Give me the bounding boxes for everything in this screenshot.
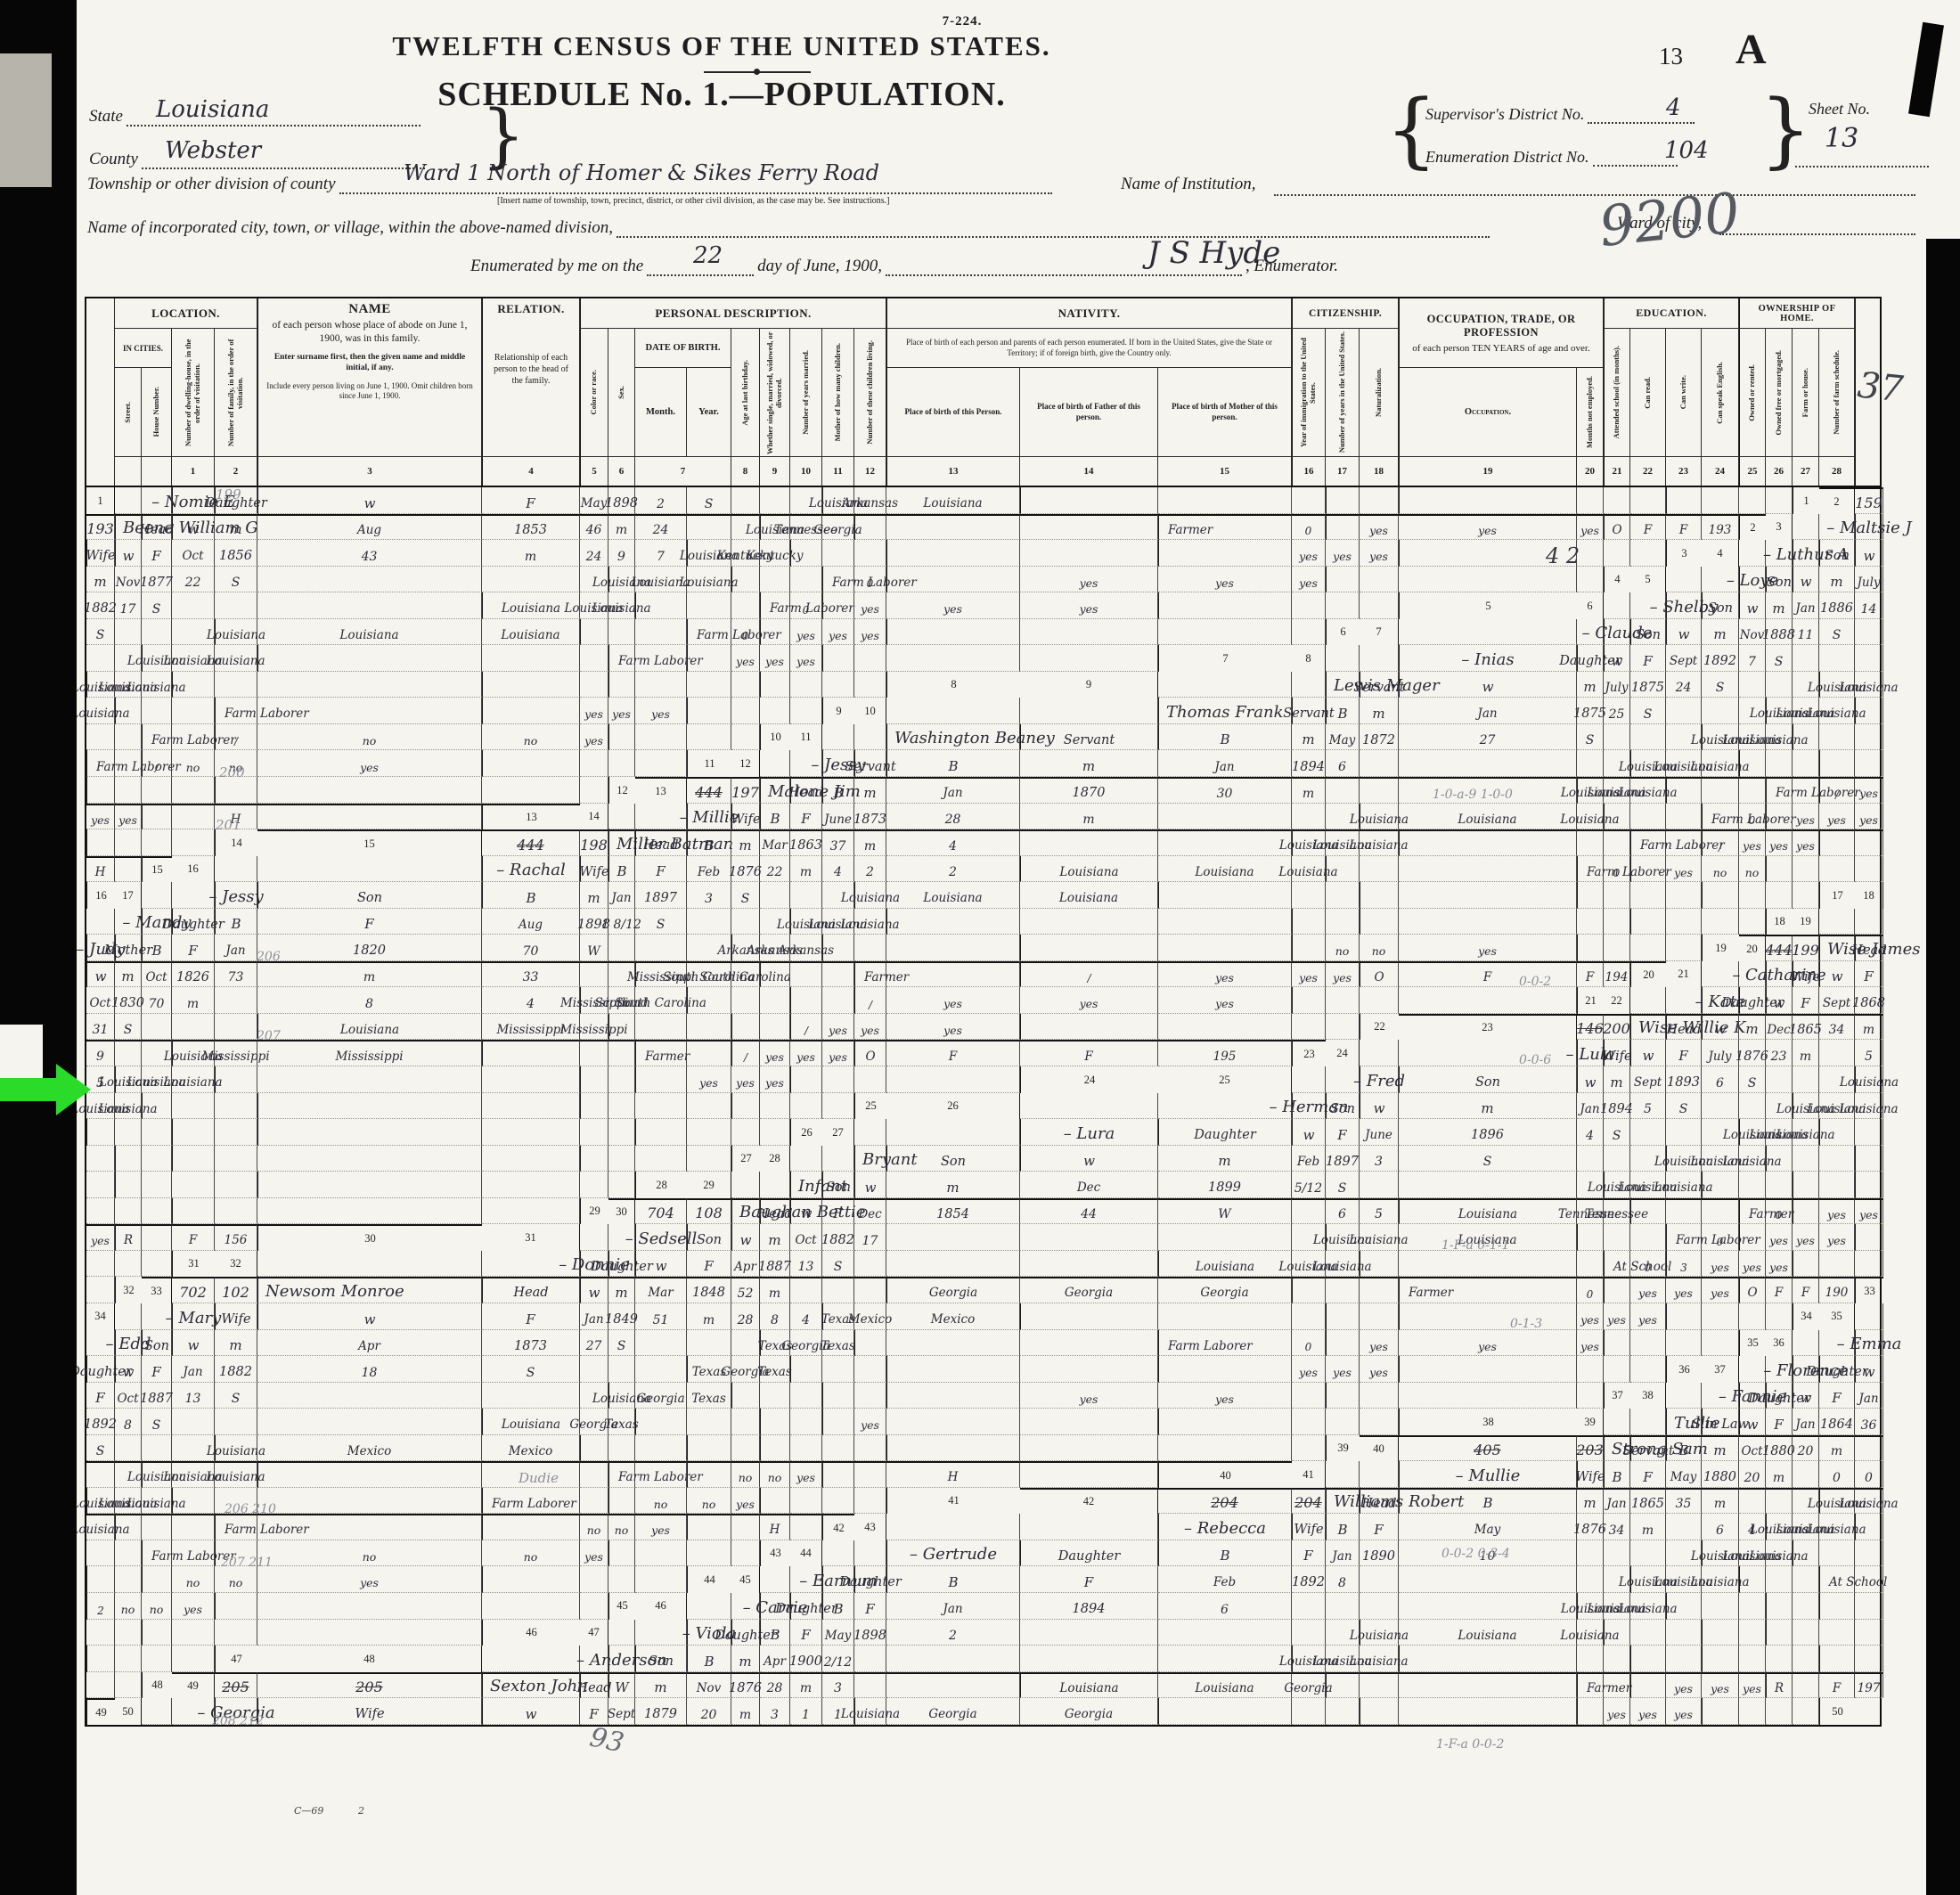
cell-imm_year bbox=[115, 698, 142, 724]
cell-birth_father: Louisiana bbox=[1855, 672, 1883, 698]
cell-free_mortgaged bbox=[1158, 1014, 1292, 1041]
cell-can_read: yes bbox=[1020, 1383, 1158, 1409]
row-pointer-arrow bbox=[0, 1064, 91, 1115]
row-number-left: 8 bbox=[1292, 645, 1326, 672]
cell-imm_year bbox=[215, 1066, 257, 1093]
cell-imm_year bbox=[172, 1488, 215, 1515]
cell-sex: m bbox=[115, 961, 142, 988]
cell-marital: S bbox=[608, 1330, 635, 1357]
cell-can_read bbox=[608, 1093, 635, 1120]
cell-year: 1879 bbox=[635, 1698, 687, 1725]
cell-free_mortgaged bbox=[635, 724, 687, 751]
cell-years_married bbox=[635, 1330, 687, 1357]
cell-month: Jan bbox=[1604, 1488, 1630, 1515]
cell-naturalization bbox=[1739, 1593, 1766, 1620]
cell-free_mortgaged bbox=[687, 1119, 731, 1146]
cell-farm_house bbox=[1360, 987, 1399, 1014]
cell-years_us bbox=[1158, 1303, 1292, 1330]
cell-farm_house: F bbox=[1577, 961, 1604, 988]
cell-name: – Edd bbox=[115, 1330, 142, 1357]
cell-birth_mother: Louisiana bbox=[215, 1461, 257, 1488]
cell-years_us bbox=[257, 1066, 482, 1093]
cell-name: Wise Willie K bbox=[1630, 1014, 1666, 1041]
cell-mother_of bbox=[822, 1277, 854, 1303]
cell-months_not_employed bbox=[608, 1066, 635, 1093]
cell-color: w bbox=[1020, 1146, 1158, 1172]
month-col-label: Month. bbox=[635, 368, 687, 457]
row-number-right: 3 bbox=[1666, 540, 1702, 567]
cell-can_write: no bbox=[215, 1566, 257, 1593]
cell-birth_father: Georgia bbox=[1020, 1277, 1158, 1303]
cell-years_us bbox=[1604, 1224, 1630, 1251]
cell-occupation: Farmer bbox=[1577, 1672, 1604, 1699]
cell-imm_year bbox=[1158, 882, 1292, 909]
cell-attended_school: 2 bbox=[86, 1593, 115, 1620]
cell-naturalization bbox=[1292, 487, 1326, 514]
row-number-right: 28 bbox=[635, 1172, 687, 1198]
cell-color: B bbox=[1158, 724, 1292, 751]
cell-birth_person: Louisiana bbox=[1360, 1620, 1399, 1646]
pencil-annotation: 1-F-a 0-1-1 bbox=[1441, 1238, 1509, 1253]
cell-month: July bbox=[1702, 1040, 1739, 1066]
cell-months_not_employed bbox=[257, 698, 482, 724]
cell-age: 6 bbox=[1702, 1066, 1739, 1093]
cell-farm_schedule bbox=[822, 1093, 854, 1120]
cell-dwelling bbox=[257, 1251, 482, 1278]
cell-age: 13 bbox=[790, 1251, 822, 1278]
cell-marital: S bbox=[215, 1383, 257, 1409]
row-number-right: 39 bbox=[1326, 1435, 1360, 1462]
cell-can_read: no bbox=[115, 1593, 142, 1620]
cell-year: 1876 bbox=[1739, 1040, 1766, 1066]
years-in-us-col-label: Number of years in the United States. bbox=[1338, 331, 1347, 453]
cell-sex: F bbox=[1292, 1540, 1326, 1567]
cell-relation: Daughter bbox=[86, 1356, 115, 1383]
cell-birth_person: Louisiana bbox=[1020, 1672, 1158, 1699]
cell-age: 24 bbox=[1666, 672, 1702, 698]
cell-name: Williams Robert bbox=[1326, 1488, 1360, 1515]
cell-owned_rented bbox=[1158, 592, 1292, 619]
cell-age: 43 bbox=[257, 540, 482, 567]
cell-family: 108 bbox=[687, 1198, 731, 1225]
cell-color: w bbox=[172, 1330, 215, 1357]
cell-months_not_employed bbox=[1360, 487, 1399, 514]
cell-occupation: Farm Laborer bbox=[822, 567, 854, 593]
cell-birth_mother: Louisiana bbox=[1666, 1172, 1702, 1198]
enumerated-line: Enumerated by me on the 22 day of June, … bbox=[470, 257, 1338, 276]
cell-attended_school bbox=[760, 1435, 790, 1462]
row-number-right: 42 bbox=[822, 1514, 854, 1540]
institution-dots bbox=[1274, 178, 1915, 196]
form-number: 7-224. bbox=[873, 14, 1051, 29]
cell-relation: Son bbox=[257, 882, 482, 909]
cell-months_not_employed bbox=[1020, 540, 1158, 567]
cell-age: 73 bbox=[215, 961, 257, 988]
cell-years_married: 28 bbox=[731, 1303, 760, 1330]
cell-year: 1854 bbox=[886, 1198, 1020, 1225]
cell-birth_mother: Louisiana bbox=[482, 619, 580, 646]
cell-can_write bbox=[115, 1198, 142, 1225]
cell-years_us bbox=[1793, 1146, 1819, 1172]
cell-birth_father: Mexico bbox=[257, 1435, 482, 1462]
cell-years_married bbox=[172, 1409, 215, 1435]
cell-can_speak_english bbox=[1020, 1409, 1158, 1435]
cell-sex: F bbox=[1819, 1383, 1855, 1409]
cell-birth_mother: Louisiana bbox=[687, 567, 731, 593]
cell-owned_rented bbox=[86, 1646, 115, 1672]
row-number-right: 15 bbox=[142, 856, 172, 883]
row-number-left: 12 bbox=[731, 750, 760, 777]
cell-dwelling bbox=[215, 856, 257, 883]
cell-relation: Son bbox=[1399, 1066, 1577, 1093]
cell-months_not_employed: 0 bbox=[1292, 514, 1326, 541]
cell-dwelling: 205 bbox=[215, 1672, 257, 1699]
cell-owned_rented bbox=[172, 1198, 215, 1225]
row-number-left: 6 bbox=[1577, 592, 1604, 619]
free-mortgaged-col-label: Owned free or mortgaged. bbox=[1775, 350, 1784, 436]
cell-relation: Wife bbox=[580, 856, 608, 883]
cell-marital: m bbox=[1855, 1014, 1883, 1041]
cell-years_us bbox=[86, 1540, 115, 1567]
row-number-left: 31 bbox=[482, 1224, 580, 1251]
cell-dwelling bbox=[1360, 1040, 1399, 1066]
cell-can_write: yes bbox=[1793, 1224, 1819, 1251]
cell-mother_of bbox=[482, 567, 580, 593]
cell-marital: m bbox=[608, 514, 635, 541]
cell-occupation: Farm Laborer bbox=[1158, 1330, 1292, 1357]
row-number-left: 45 bbox=[731, 1566, 760, 1593]
cell-naturalization bbox=[215, 1093, 257, 1120]
cell-imm_year bbox=[1326, 856, 1360, 883]
township-note: [Insert name of township, town, precinct… bbox=[497, 196, 889, 206]
cell-imm_year bbox=[731, 1383, 760, 1409]
cell-can_read bbox=[1855, 1593, 1883, 1620]
cell-attended_school bbox=[115, 1172, 142, 1198]
cell-farm_schedule bbox=[1399, 987, 1577, 1014]
cell-birth_father: Georgia bbox=[635, 1383, 687, 1409]
cell-birth_mother: Louisiana bbox=[172, 1066, 215, 1093]
cell-can_read: yes bbox=[731, 645, 760, 672]
cell-year: 1877 bbox=[142, 567, 172, 593]
cell-can_read: yes bbox=[1360, 1330, 1399, 1357]
cell-year: 1892 bbox=[86, 1409, 115, 1435]
pencil-annotation: C—69 bbox=[294, 1805, 323, 1817]
cell-occupation: Farmer bbox=[635, 1040, 687, 1066]
cell-birth_mother: Kentucky bbox=[760, 540, 790, 567]
cell-occupation: Farm Laborer bbox=[760, 592, 790, 619]
cell-owned_rented: O bbox=[854, 1040, 886, 1066]
cell-imm_year bbox=[1604, 1620, 1630, 1646]
cell-can_read bbox=[1604, 882, 1630, 909]
cell-attended_school bbox=[886, 1383, 1020, 1409]
cell-can_write bbox=[1766, 1646, 1793, 1672]
cell-can_write bbox=[257, 1146, 482, 1172]
cell-years_us bbox=[1360, 1672, 1399, 1699]
cell-dwelling bbox=[1630, 987, 1666, 1014]
cell-farm_schedule bbox=[854, 672, 886, 698]
cell-months_not_employed bbox=[215, 1119, 257, 1146]
cell-farm_house bbox=[1855, 1251, 1883, 1278]
age-col-label: Age at last birthday. bbox=[741, 360, 750, 426]
cell-marital: S bbox=[142, 1409, 172, 1435]
cell-months_not_employed: 0 bbox=[1702, 1224, 1739, 1251]
pencil-annotation: 0-1-3 bbox=[1510, 1317, 1542, 1331]
row-number-right: 7 bbox=[1158, 645, 1292, 672]
cell-relation: Daughter bbox=[1766, 1383, 1793, 1409]
cell-age: 31 bbox=[86, 1014, 115, 1041]
cell-can_speak_english bbox=[482, 1146, 580, 1172]
cell-can_write: no bbox=[482, 1540, 580, 1567]
cell-year: 1880 bbox=[1702, 1461, 1739, 1488]
cell-marital bbox=[886, 1224, 1020, 1251]
cell-can_speak_english: yes bbox=[1702, 1277, 1739, 1303]
cell-farm_house bbox=[1739, 1303, 1766, 1330]
row-number-header-left bbox=[86, 298, 115, 486]
row-number-left: 21 bbox=[1666, 961, 1702, 988]
naturalization-col-label: Naturalization. bbox=[1375, 368, 1384, 417]
cell-free_mortgaged bbox=[1793, 1672, 1819, 1699]
cell-years_married: 9 bbox=[86, 1040, 115, 1066]
divider-ornament bbox=[704, 71, 811, 73]
cell-years_married bbox=[1819, 1040, 1855, 1066]
cell-dwelling bbox=[115, 1303, 142, 1330]
cell-farm_house bbox=[760, 698, 790, 724]
cell-farm_schedule: 193 bbox=[1702, 514, 1739, 541]
cell-relation: Head bbox=[1360, 1488, 1399, 1515]
cell-color: w bbox=[1855, 1356, 1883, 1383]
cell-attended_school: / bbox=[731, 1040, 760, 1066]
cell-can_speak_english bbox=[608, 1119, 635, 1146]
cell-imm_year bbox=[1739, 1566, 1766, 1593]
cell-dwelling bbox=[886, 1514, 1020, 1540]
cell-name: Newsom Monroe bbox=[257, 1277, 482, 1303]
cell-birth_mother: Louisiana bbox=[1630, 777, 1666, 804]
cell-imm_year bbox=[142, 1093, 172, 1120]
row-number-right: 10 bbox=[760, 724, 790, 751]
cell-months_not_employed bbox=[1666, 1646, 1702, 1672]
cell-months_not_employed bbox=[172, 724, 215, 751]
cell-sex: m bbox=[1577, 672, 1604, 698]
birth-mother-col-label: Place of birth of Mother of this person. bbox=[1158, 368, 1292, 457]
cell-birth_mother: Louisiana bbox=[1020, 882, 1158, 909]
cell-color: B bbox=[1399, 1488, 1577, 1515]
row-number-left: 35 bbox=[1819, 1303, 1855, 1330]
cell-can_read: no bbox=[257, 1540, 482, 1567]
row-number-right: 30 bbox=[257, 1224, 482, 1251]
cell-age: 17 bbox=[854, 1224, 886, 1251]
cell-birth_mother: Louisiana bbox=[115, 1093, 142, 1120]
cell-attended_school: / bbox=[790, 1014, 822, 1041]
cell-month: July bbox=[1604, 672, 1630, 698]
cell-years_us bbox=[822, 540, 854, 567]
cell-mother_of bbox=[760, 487, 790, 514]
cell-owned_rented bbox=[1630, 909, 1666, 935]
cell-owned_rented bbox=[257, 1172, 482, 1198]
cell-farm_schedule bbox=[257, 804, 482, 830]
cell-dwelling bbox=[687, 1593, 731, 1620]
cell-naturalization bbox=[1292, 1303, 1326, 1330]
cell-birth_mother: Louisiana bbox=[1630, 1593, 1666, 1620]
cell-farm_house bbox=[687, 1540, 731, 1567]
cell-birth_person: Louisiana bbox=[1020, 856, 1158, 883]
cell-months_not_employed bbox=[1326, 909, 1360, 935]
cell-sex: F bbox=[580, 1698, 608, 1725]
row-number-left: 40 bbox=[1360, 1435, 1399, 1462]
cell-name: – Loye bbox=[1739, 567, 1766, 593]
cell-can_speak_english: yes bbox=[886, 1014, 1020, 1041]
cell-marital: S bbox=[115, 1014, 142, 1041]
cell-months_not_employed: 0 bbox=[1577, 1277, 1604, 1303]
cell-birth_father: Arkansas bbox=[854, 487, 886, 514]
pencil-annotation: 1-0-a-9 1-0-0 bbox=[1433, 788, 1513, 802]
color-col-label: Color or race. bbox=[590, 370, 599, 414]
cell-dwelling bbox=[822, 724, 854, 751]
cell-birth_person: Louisiana bbox=[482, 1409, 580, 1435]
cell-mother_of: 9 bbox=[608, 540, 635, 567]
city-label: Name of incorporated city, town, or vill… bbox=[87, 218, 613, 237]
cell-color: w bbox=[1666, 619, 1702, 646]
cell-owned_rented bbox=[1020, 1014, 1158, 1041]
cell-farm_house bbox=[1766, 882, 1793, 909]
cell-mother_of bbox=[1766, 1488, 1793, 1515]
cell-years_us bbox=[635, 1014, 687, 1041]
col-num: 10 bbox=[790, 457, 822, 486]
cell-mother_of bbox=[142, 1435, 172, 1462]
cell-years_us bbox=[1630, 804, 1666, 830]
cell-color: B bbox=[886, 750, 1020, 777]
cell-birth_mother: Mississippi bbox=[580, 1014, 608, 1041]
cell-farm_house bbox=[142, 1646, 172, 1672]
cell-months_not_employed bbox=[482, 1093, 580, 1120]
cell-attended_school bbox=[1326, 1330, 1360, 1357]
cell-family: 204 bbox=[1292, 1488, 1326, 1515]
col-num: 22 bbox=[1630, 457, 1666, 486]
cell-marital bbox=[1292, 1593, 1326, 1620]
cell-age: 8 bbox=[1326, 1566, 1360, 1593]
cell-relation: Wife bbox=[1577, 1461, 1604, 1488]
cell-month: Jan bbox=[1793, 592, 1819, 619]
cell-color: B bbox=[1158, 1540, 1292, 1567]
cell-farm_house bbox=[1630, 935, 1666, 961]
cell-birth_mother: Louisiana bbox=[1702, 750, 1739, 777]
cell-free_mortgaged bbox=[1739, 882, 1766, 909]
cell-can_read bbox=[635, 672, 687, 698]
cell-owned_rented bbox=[886, 1435, 1020, 1462]
cell-dwelling bbox=[760, 1566, 790, 1593]
cell-can_read: yes bbox=[1739, 829, 1766, 856]
cell-name: – Fred bbox=[1360, 1066, 1399, 1093]
cell-mother_of: 8 bbox=[760, 1303, 790, 1330]
cell-name: Malone Jim bbox=[760, 777, 790, 804]
cell-years_married bbox=[257, 567, 482, 593]
cell-color: B bbox=[608, 856, 635, 883]
row-number-left: 46 bbox=[635, 1593, 687, 1620]
cell-age: 34 bbox=[1604, 1514, 1630, 1540]
cell-farm_house bbox=[142, 829, 172, 856]
cell-years_married bbox=[1793, 645, 1819, 672]
cell-sex: F bbox=[1020, 1566, 1158, 1593]
cell-owned_rented bbox=[635, 1119, 687, 1146]
cell-years_us bbox=[1360, 856, 1399, 883]
pencil-annotation: 4 2 bbox=[1546, 543, 1580, 568]
cell-sex: m bbox=[1292, 724, 1326, 751]
cell-free_mortgaged bbox=[760, 1093, 790, 1120]
cell-farm_schedule: 195 bbox=[1158, 1040, 1292, 1066]
cell-marital bbox=[1020, 1620, 1158, 1646]
cell-can_speak_english bbox=[172, 777, 215, 804]
cell-farm_house: F bbox=[172, 1224, 215, 1251]
cell-birth_person: Louisiana bbox=[257, 1014, 482, 1041]
row-number-right: 48 bbox=[142, 1672, 172, 1699]
cell-sex: F bbox=[1766, 1409, 1793, 1435]
col-num: 25 bbox=[1739, 457, 1766, 486]
cell-dwelling bbox=[1855, 1303, 1883, 1330]
cell-age: 25 bbox=[1604, 698, 1630, 724]
row-number-right: 31 bbox=[172, 1251, 215, 1278]
cell-birth_mother: Louisiana bbox=[86, 698, 115, 724]
cell-can_read: yes bbox=[790, 619, 822, 646]
cell-naturalization bbox=[635, 1435, 687, 1462]
cell-imm_year bbox=[1326, 1672, 1360, 1699]
row-number-left: 7 bbox=[1360, 619, 1399, 646]
cell-dwelling: 159 bbox=[1855, 487, 1883, 514]
sheet-letter: A bbox=[1735, 25, 1767, 74]
cell-farm_schedule bbox=[1326, 1014, 1360, 1041]
cell-can_write: yes bbox=[1292, 961, 1326, 988]
cell-naturalization bbox=[635, 619, 687, 646]
cell-free_mortgaged bbox=[1326, 987, 1360, 1014]
cell-mother_of: 8 bbox=[257, 987, 482, 1014]
cell-years_us bbox=[1702, 777, 1739, 804]
row-number-right: 17 bbox=[1819, 882, 1855, 909]
cell-naturalization bbox=[115, 1540, 142, 1567]
cell-age: 28 bbox=[886, 804, 1020, 830]
cell-marital: m bbox=[257, 961, 482, 988]
cell-attended_school bbox=[1577, 882, 1604, 909]
cell-owned_rented bbox=[142, 804, 172, 830]
cell-birth_father: Georgia bbox=[790, 1330, 822, 1357]
cell-occupation bbox=[1766, 1593, 1793, 1620]
cell-can_read: yes bbox=[1793, 804, 1819, 830]
cell-birth_father: Louisiana bbox=[1399, 804, 1577, 830]
cell-birth_mother: Georgia bbox=[1292, 1672, 1326, 1699]
cell-month: May bbox=[1326, 724, 1360, 751]
cell-attended_school bbox=[257, 1119, 482, 1146]
cell-farm_schedule bbox=[1793, 1698, 1819, 1725]
cell-farm_schedule bbox=[115, 1672, 142, 1699]
pencil-annotation: 199 bbox=[216, 486, 241, 502]
cell-can_speak_english bbox=[142, 1198, 172, 1225]
cell-can_write bbox=[687, 672, 731, 698]
cell-family bbox=[854, 1540, 886, 1567]
in-cities-title: IN CITIES. bbox=[115, 329, 172, 368]
row-number-left: 19 bbox=[1793, 909, 1819, 935]
cell-occupation bbox=[1702, 1620, 1739, 1646]
cell-occupation: Farm Laborer bbox=[1702, 804, 1739, 830]
cell-years_married bbox=[1158, 804, 1292, 830]
cell-imm_year bbox=[86, 1119, 115, 1146]
cell-attended_school bbox=[886, 567, 1020, 593]
cell-year: 1887 bbox=[760, 1251, 790, 1278]
cell-can_write: no bbox=[482, 724, 580, 751]
cell-owned_rented bbox=[1399, 1356, 1577, 1383]
cell-can_write: no bbox=[1360, 935, 1399, 961]
cell-attended_school bbox=[1702, 1646, 1739, 1672]
cell-year: 1826 bbox=[172, 961, 215, 988]
cell-can_speak_english: yes bbox=[790, 1461, 822, 1488]
cell-months_not_employed bbox=[1819, 1172, 1855, 1198]
cell-birth_person: Louisiana bbox=[608, 1383, 635, 1409]
